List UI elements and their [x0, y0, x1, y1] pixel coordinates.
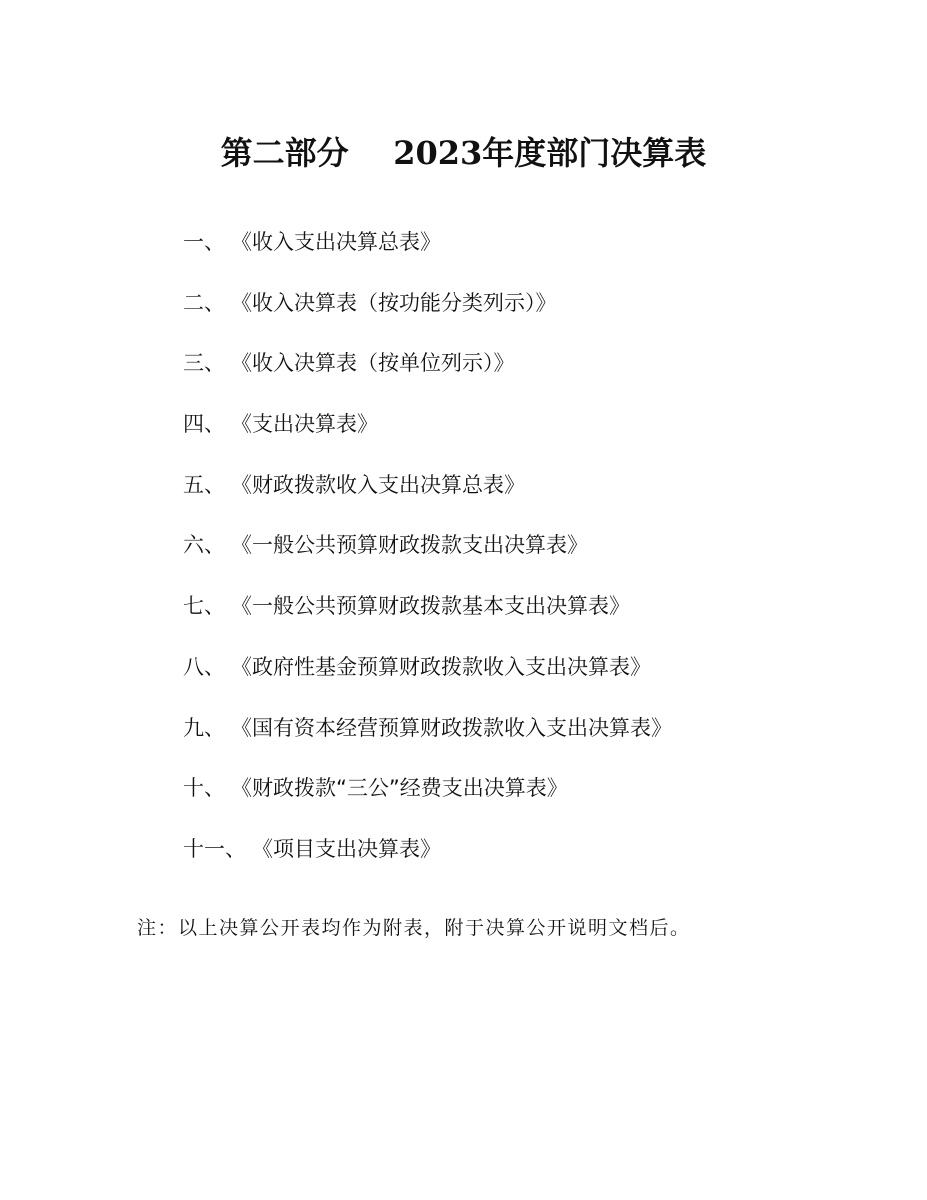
toc-item-title: 《财政拨款收入支出决算总表》 [231, 467, 525, 503]
toc-item-2: 二、 《收入决算表（按功能分类列示）》 [183, 285, 672, 346]
toc-item-title: 《一般公共预算财政拨款支出决算表》 [231, 527, 588, 563]
toc-item-number: 四、 [183, 406, 225, 442]
toc-item-number: 七、 [183, 588, 225, 624]
toc-item-6: 六、 《一般公共预算财政拨款支出决算表》 [183, 527, 672, 588]
toc-item-9: 九、 《国有资本经营预算财政拨款收入支出决算表》 [183, 710, 672, 771]
toc-item-number: 十一、 [183, 831, 246, 867]
table-of-contents: 一、 《收入支出决算总表》 二、 《收入决算表（按功能分类列示）》 三、 《收入… [183, 224, 672, 892]
toc-item-7: 七、 《一般公共预算财政拨款基本支出决算表》 [183, 588, 672, 649]
toc-item-title: 《财政拨款“三公”经费支出决算表》 [231, 770, 568, 806]
toc-item-1: 一、 《收入支出决算总表》 [183, 224, 672, 285]
toc-item-number: 三、 [183, 345, 225, 381]
toc-item-title: 《项目支出决算表》 [252, 831, 441, 867]
footnote: 注：以上决算公开表均作为附表，附于决算公开说明文档后。 [137, 914, 691, 942]
toc-item-number: 二、 [183, 285, 225, 321]
toc-item-title: 《收入决算表（按功能分类列示）》 [231, 285, 557, 321]
toc-item-11: 十一、 《项目支出决算表》 [183, 831, 672, 892]
page-title: 第二部分 2023年度部门决算表 [0, 131, 927, 175]
toc-item-title: 《收入支出决算总表》 [231, 224, 441, 260]
toc-item-3: 三、 《收入决算表（按单位列示）》 [183, 345, 672, 406]
toc-item-8: 八、 《政府性基金预算财政拨款收入支出决算表》 [183, 649, 672, 710]
toc-item-title: 《收入决算表（按单位列示）》 [231, 345, 515, 381]
toc-item-4: 四、 《支出决算表》 [183, 406, 672, 467]
toc-item-number: 五、 [183, 467, 225, 503]
toc-item-number: 八、 [183, 649, 225, 685]
toc-item-number: 六、 [183, 527, 225, 563]
toc-item-5: 五、 《财政拨款收入支出决算总表》 [183, 467, 672, 528]
toc-item-number: 九、 [183, 710, 225, 746]
toc-item-title: 《一般公共预算财政拨款基本支出决算表》 [231, 588, 630, 624]
toc-item-number: 十、 [183, 770, 225, 806]
toc-item-number: 一、 [183, 224, 225, 260]
toc-item-title: 《支出决算表》 [231, 406, 378, 442]
toc-item-title: 《国有资本经营预算财政拨款收入支出决算表》 [231, 710, 672, 746]
toc-item-10: 十、 《财政拨款“三公”经费支出决算表》 [183, 770, 672, 831]
toc-item-title: 《政府性基金预算财政拨款收入支出决算表》 [231, 649, 651, 685]
